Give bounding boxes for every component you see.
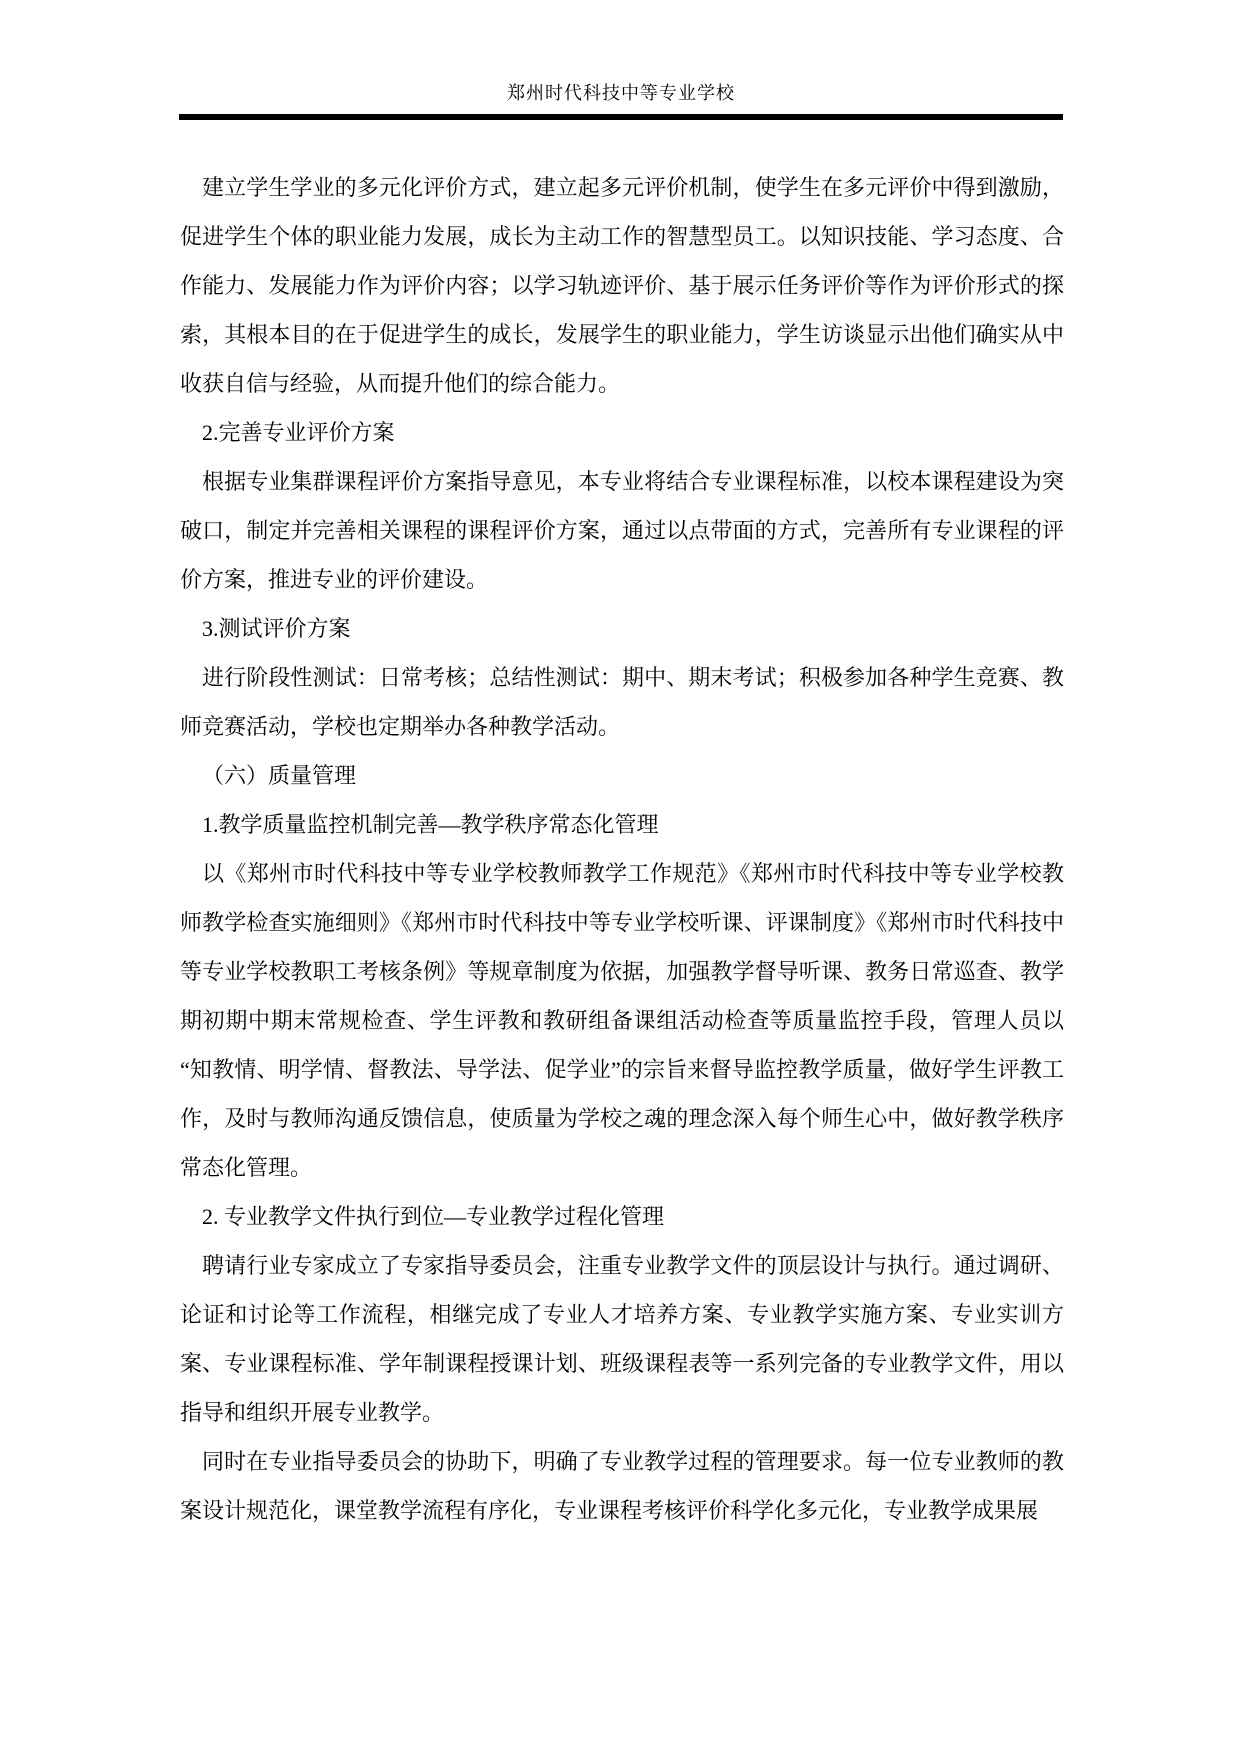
heading-teaching-quality-monitoring: 1.教学质量监控机制完善—教学秩序常态化管理 — [180, 800, 1064, 849]
heading-test-evaluation-plan: 3.测试评价方案 — [180, 604, 1064, 653]
paragraph-multi-evaluation: 建立学生学业的多元化评价方式，建立起多元评价机制，使学生在多元评价中得到激励，促… — [180, 163, 1064, 408]
paragraph-course-evaluation: 根据专业集群课程评价方案指导意见，本专业将结合专业课程标准，以校本课程建设为突破… — [180, 457, 1064, 604]
header-school-title: 郑州时代科技中等专业学校 — [507, 83, 735, 103]
document-body: 建立学生学业的多元化评价方式，建立起多元评价机制，使学生在多元评价中得到激励，促… — [180, 163, 1064, 1535]
paragraph-teaching-process-management: 同时在专业指导委员会的协助下，明确了专业教学过程的管理要求。每一位专业教师的教案… — [180, 1437, 1064, 1535]
paragraph-expert-committee-documents: 聘请行业专家成立了专家指导委员会，注重专业教学文件的顶层设计与执行。通过调研、论… — [180, 1241, 1064, 1437]
heading-teaching-documents-execution: 2. 专业教学文件执行到位—专业教学过程化管理 — [180, 1192, 1064, 1241]
document-page: 郑州时代科技中等专业学校 建立学生学业的多元化评价方式，建立起多元评价机制，使学… — [0, 0, 1241, 1754]
paragraph-stage-tests: 进行阶段性测试：日常考核；总结性测试：期中、期末考试；积极参加各种学生竞赛、教师… — [180, 653, 1064, 751]
heading-improve-evaluation-plan: 2.完善专业评价方案 — [180, 408, 1064, 457]
paragraph-quality-monitoring-detail: 以《郑州市时代科技中等专业学校教师教学工作规范》《郑州市时代科技中等专业学校教师… — [180, 849, 1064, 1192]
page-header: 郑州时代科技中等专业学校 — [179, 82, 1063, 120]
heading-quality-management: （六）质量管理 — [180, 751, 1064, 800]
